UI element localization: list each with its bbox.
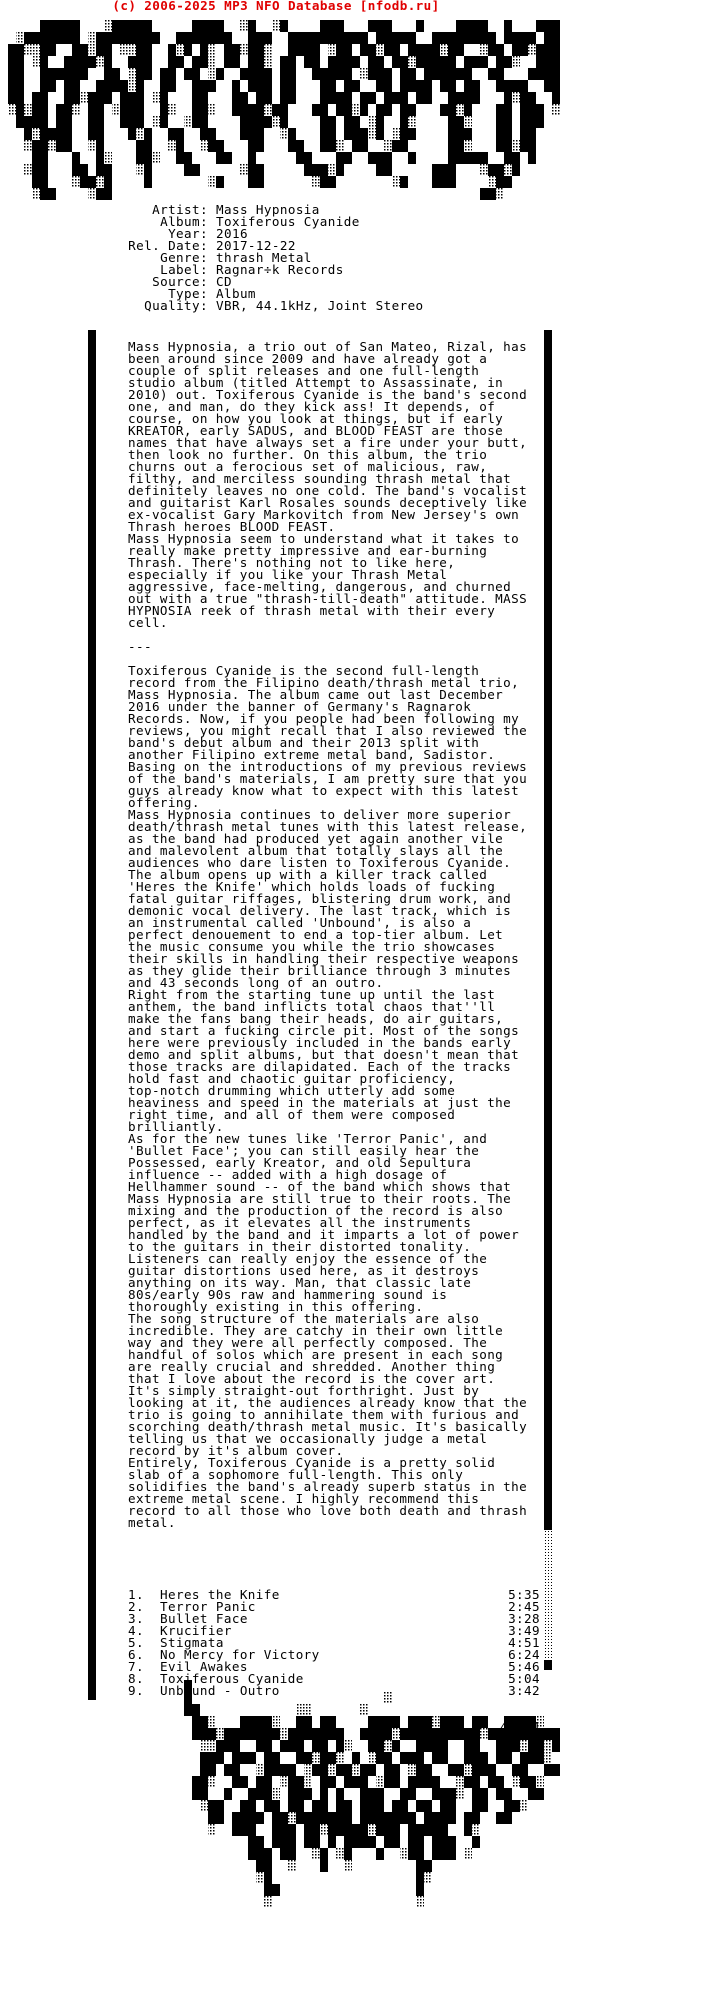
- review-line: record to all those who love both death …: [128, 1505, 548, 1517]
- release-info: Artist:Mass HypnosiaAlbum:Toxiferous Cya…: [104, 204, 424, 312]
- review-line: HYPNOSIA reek of thrash metal with their…: [128, 605, 548, 617]
- review-line: [128, 629, 548, 641]
- review-text: Mass Hypnosia, a trio out of San Mateo, …: [128, 341, 548, 1529]
- review-line: ---: [128, 641, 548, 653]
- info-row: Source:CD: [104, 276, 424, 288]
- info-value: VBR, 44.1kHz, Joint Stereo: [208, 298, 424, 313]
- ascii-art-logo-icon: [0, 20, 560, 204]
- frame-left-border: [88, 330, 96, 1700]
- review-line: cell.: [128, 617, 548, 629]
- info-row: Quality:VBR, 44.1kHz, Joint Stereo: [104, 300, 424, 312]
- info-row: Album:Toxiferous Cyanide: [104, 216, 424, 228]
- copyright-header: (c) 2006-2025 MP3 NFO Database [nfodb.ru…: [0, 0, 552, 12]
- frame-left-dither: [88, 1530, 96, 1680]
- review-line: metal.: [128, 1517, 548, 1529]
- ascii-art-ornament-icon: [0, 1680, 560, 1980]
- frame-right-dither: [544, 1530, 552, 1660]
- info-key: Quality:: [104, 300, 208, 312]
